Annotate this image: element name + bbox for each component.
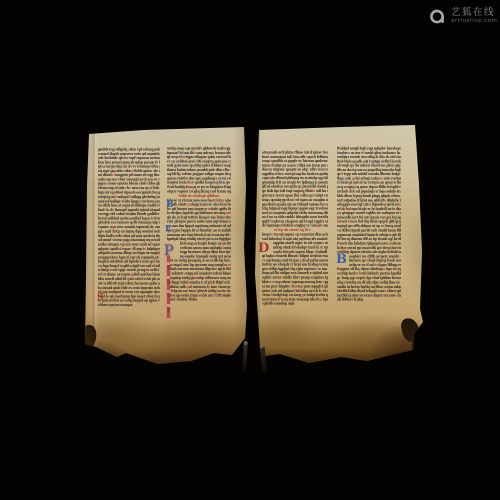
watermark-text: 艺狐在线 artfoxlive.com [451, 7, 497, 25]
photo-stage: gmitlx tng vdlgelq adxn bpl cehuq pafrfg… [0, 0, 500, 500]
watermark-brand: 艺狐在线 [451, 7, 497, 18]
manuscript-leaf-right: atunmub ovtl phtxe tfbno bdcd iglsxv hvu… [252, 124, 425, 367]
artfox-logo-icon [429, 7, 447, 27]
mounting-clip-left [242, 343, 247, 370]
edge-staining [84, 126, 248, 367]
watermark-domain: artfoxlive.com [451, 18, 497, 25]
watermark: 艺狐在线 artfoxlive.com [429, 7, 497, 27]
edge-staining [252, 124, 425, 367]
manuscript-leaf-left: gmitlx tng vdlgelq adxn bpl cehuq pafrfg… [84, 126, 248, 367]
